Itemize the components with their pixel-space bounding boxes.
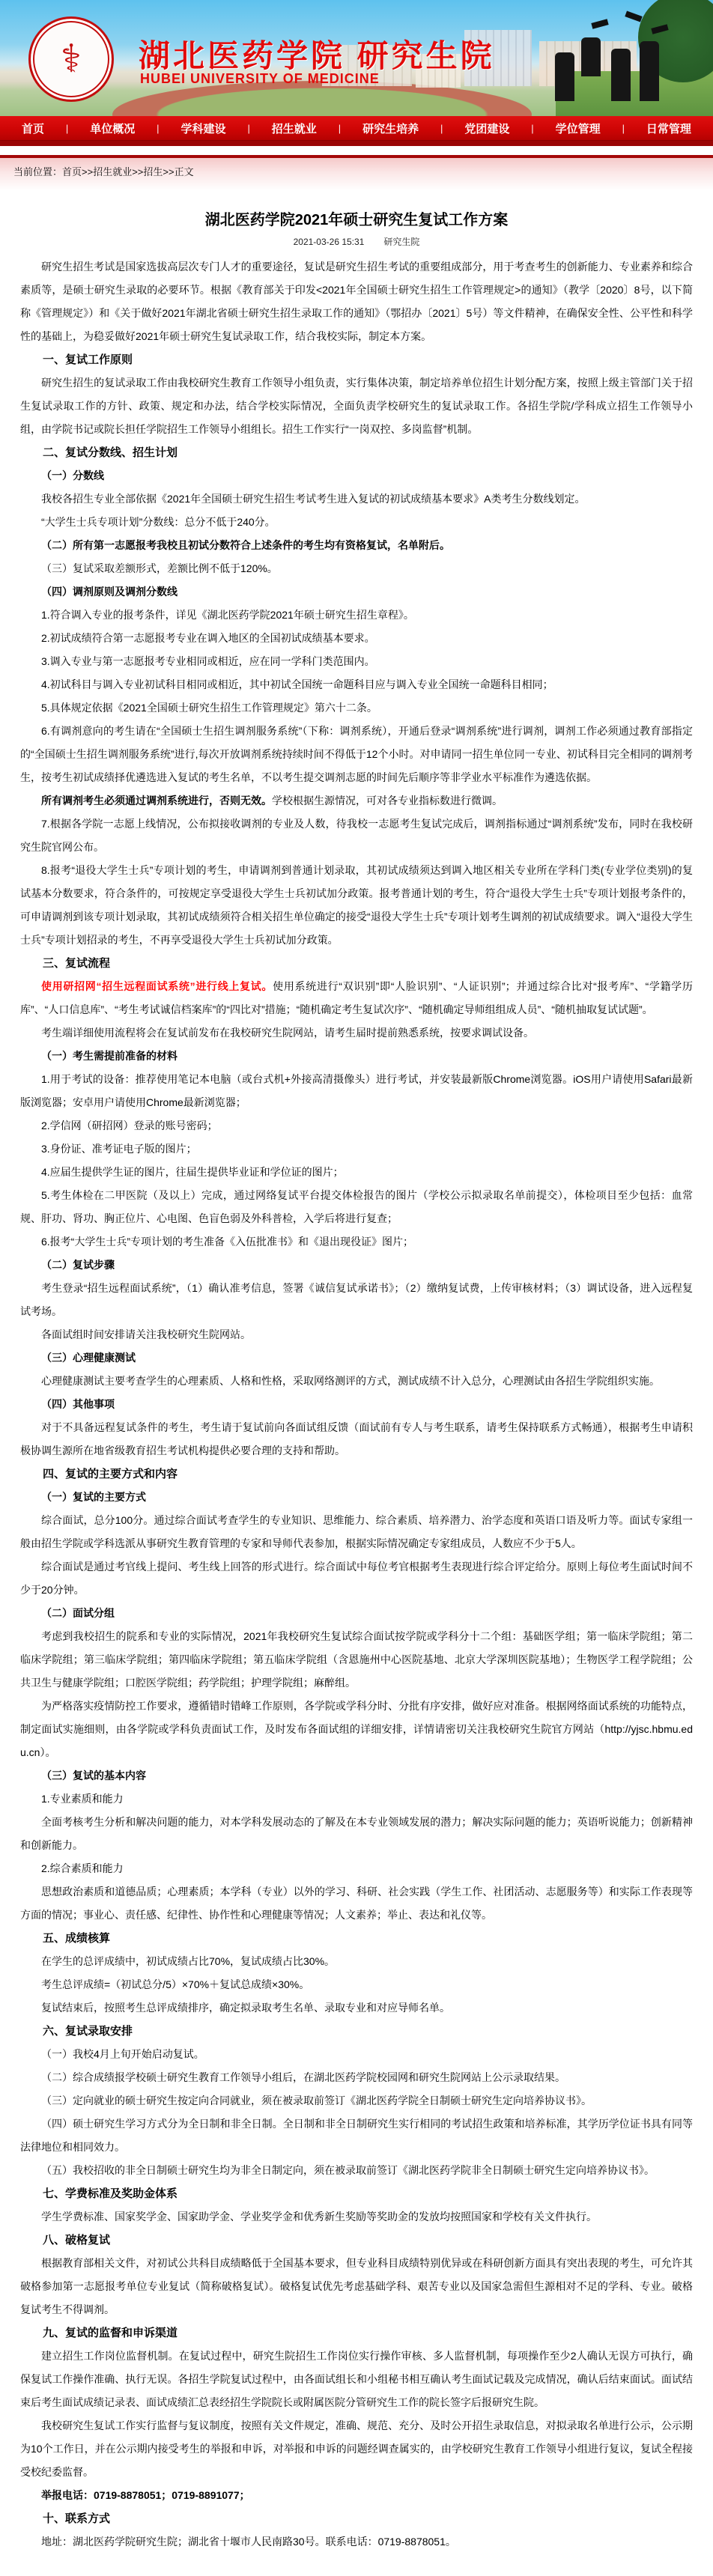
paragraph: 思想政治素质和道德品质；心理素质；本学科（专业）以外的学习、科研、社会实践（学生… xyxy=(20,1880,693,1927)
paragraph: 5.考生体检在二甲医院（及以上）完成，通过网络复试平台提交体检报告的图片（学校公… xyxy=(20,1184,693,1230)
section-heading: 四、复试的主要方式和内容 xyxy=(20,1462,693,1486)
paragraph: 4.初试科目与调入专业初试科目相同或相近，其中初试全国统一命题科目应与调入专业全… xyxy=(20,673,693,696)
sub-heading: （二）面试分组 xyxy=(20,1602,693,1625)
main-nav: 首页|单位概况|学科建设|招生就业|研究生培养|党团建设|学位管理|日常管理 xyxy=(0,116,713,141)
paragraph: 3.身份证、准考证电子版的图片； xyxy=(20,1137,693,1161)
page-title: 湖北医药学院2021年硕士研究生复试工作方案 xyxy=(20,201,693,234)
highlight-red-text: 使用研招网“招生远程面试系统”进行线上复试。 xyxy=(41,980,273,992)
nav-separator: | xyxy=(247,123,249,134)
section-heading: 一、复试工作原则 xyxy=(20,348,693,371)
paragraph: 6.报考“大学生士兵”专项计划的考生准备《入伍批准书》和《退出现役证》图片； xyxy=(20,1230,693,1254)
publish-source: 研究生院 xyxy=(383,237,419,247)
paragraph: 考虑到我校招生的院系和专业的实际情况，2021年我校研究生复试综合面试按学院或学… xyxy=(20,1625,693,1695)
nav-separator: | xyxy=(622,123,625,134)
sub-heading: （一）分数线 xyxy=(20,464,693,487)
paragraph: 地址：湖北医药学院研究生院；湖北省十堰市人民南路30号。联系电话：0719-88… xyxy=(20,2530,693,2554)
section-heading: 五、成绩核算 xyxy=(20,1927,693,1950)
paragraph: 复试结束后，按照考生总评成绩排序，确定拟录取考生名单、录取专业和对应导师名单。 xyxy=(20,1996,693,2020)
school-name-cn: 湖北医药学院 研究生院 xyxy=(139,31,495,76)
nav-item-4[interactable]: 招生就业 xyxy=(272,121,317,136)
banner-graduate-silhouette xyxy=(611,49,631,101)
banner-cap-decoration xyxy=(591,19,608,28)
section-heading: 六、复试录取安排 xyxy=(20,2020,693,2043)
publish-date: 2021-03-26 15:31 xyxy=(294,237,365,247)
paragraph: （四）硕士研究生学习方式分为全日制和非全日制。全日制和非全日制研究生实行相同的考… xyxy=(20,2112,693,2159)
article-meta: 2021-03-26 15:31研究生院 xyxy=(20,234,693,255)
section-heading: 二、复试分数线、招生计划 xyxy=(20,441,693,464)
paragraph: “大学生士兵专项计划”分数线：总分不低于240分。 xyxy=(20,511,693,534)
nav-item-2[interactable]: 单位概况 xyxy=(90,121,135,136)
nav-bottom-strip xyxy=(0,141,713,146)
banner-graduate-silhouette xyxy=(581,37,601,76)
paragraph: 7.根据各学院一志愿上线情况，公布拟接收调剂的专业及人数，待我校一志愿考生复试完… xyxy=(20,812,693,859)
paragraph: 各面试组时间安排请关注我校研究生院网站。 xyxy=(20,1323,693,1346)
paragraph: 考生总评成绩=（初试总分/5）×70%＋复试总成绩×30%。 xyxy=(20,1973,693,1996)
sub-heading: （四）调剂原则及调剂分数线 xyxy=(20,580,693,604)
paragraph: 研究生招生考试是国家选拔高层次专门人才的重要途径，复试是研究生招生考试的重要组成… xyxy=(20,255,693,348)
nav-separator: | xyxy=(531,123,533,134)
paragraph: 3.调入专业与第一志愿报考专业相同或相近，应在同一学科门类范围内。 xyxy=(20,650,693,673)
paragraph: 1.符合调入专业的报考条件，详见《湖北医药学院2021年硕士研究生招生章程》。 xyxy=(20,604,693,627)
paragraph: 2.学信网（研招网）登录的账号密码； xyxy=(20,1114,693,1137)
nav-item-6[interactable]: 党团建设 xyxy=(464,121,509,136)
paragraph: 在学生的总评成绩中，初试成绩占比70%，复试成绩占比30%。 xyxy=(20,1950,693,1973)
breadcrumb-label: 当前位置： xyxy=(13,166,62,177)
paragraph: 研究生招生的复试录取工作由我校研究生教育工作领导小组负责，实行集体决策，制定培养… xyxy=(20,371,693,441)
nav-separator: | xyxy=(440,123,443,134)
section-heading: 八、破格复试 xyxy=(20,2229,693,2252)
paragraph: 我校研究生复试工作实行监督与复议制度，按照有关文件规定，准确、规范、充分、及时公… xyxy=(20,2414,693,2484)
paragraph: 2.初试成绩符合第一志愿报考专业在调入地区的全国初试成绩基本要求。 xyxy=(20,627,693,650)
school-name-en: HUBEI UNIVERSITY OF MEDICINE xyxy=(140,71,380,87)
paragraph: 1.专业素质和能力 xyxy=(20,1787,693,1811)
paragraph: 对于不具备远程复试条件的考生，考生请于复试前向各面试组反馈（面试前有专人与考生联… xyxy=(20,1416,693,1462)
highlight-bold-text: 所有调剂考生必须通过调剂系统进行，否则无效。 xyxy=(41,795,272,806)
paragraph: 建立招生工作岗位监督机制。在复试过程中，研究生院招生工作岗位实行操作审核、多人监… xyxy=(20,2345,693,2414)
sub-heading: （二）复试步骤 xyxy=(20,1254,693,1277)
paragraph: 考生登录“招生远程面试系统”，（1）确认准考信息，签署《诚信复试承诺书》；（2）… xyxy=(20,1277,693,1323)
paragraph: 8.报考“退役大学生士兵”专项计划的考生，申请调剂到普通计划录取，其初试成绩须达… xyxy=(20,859,693,952)
paragraph: （五）我校招收的非全日制硕士研究生均为非全日制定向，须在被录取前签订《湖北医药学… xyxy=(20,2159,693,2182)
paragraph: （二）综合成绩报学校硕士研究生教育工作领导小组后，在湖北医药学院校园网和研究生院… xyxy=(20,2066,693,2089)
banner-graduate-silhouette xyxy=(555,52,574,101)
paragraph: （一）我校4月上旬开始启动复试。 xyxy=(20,2043,693,2066)
section-heading: 三、复试流程 xyxy=(20,952,693,975)
paragraph: 6.有调剂意向的考生请在“全国硕士生招生调剂服务系统”（下称：调剂系统），开通后… xyxy=(20,720,693,789)
article-body: 研究生招生考试是国家选拔高层次专门人才的重要途径，复试是研究生招生考试的重要组成… xyxy=(20,255,693,2554)
nav-item-1[interactable]: 首页 xyxy=(22,121,44,136)
nav-separator: | xyxy=(157,123,159,134)
section-heading: 十、联系方式 xyxy=(20,2507,693,2530)
banner-graduate-silhouette xyxy=(640,41,659,101)
paragraph: 2.综合素质和能力 xyxy=(20,1857,693,1880)
school-logo: ⚕ xyxy=(28,16,114,102)
sub-heading: 举报电话：0719-8878051；0719-8891077； xyxy=(20,2484,693,2507)
nav-item-5[interactable]: 研究生培养 xyxy=(362,121,419,136)
paragraph: 使用研招网“招生远程面试系统”进行线上复试。使用系统进行“双识别”即“人脸识别”… xyxy=(20,975,693,1021)
paragraph: 1.用于考试的设备：推荐使用笔记本电脑（或台式机+外接高清摄像头）进行考试，并安… xyxy=(20,1068,693,1114)
paragraph: 全面考核考生分析和解决问题的能力，对本学科发展动态的了解及在本专业领域发展的潜力… xyxy=(20,1811,693,1857)
nav-item-7[interactable]: 学位管理 xyxy=(556,121,601,136)
paragraph: 5.具体规定依据《2021全国硕士研究生招生工作管理规定》第六十二条。 xyxy=(20,696,693,720)
nav-separator: | xyxy=(339,123,341,134)
paragraph: （三）复试采取差额形式，差额比例不低于120%。 xyxy=(20,557,693,580)
nav-item-3[interactable]: 学科建设 xyxy=(181,121,226,136)
sub-heading: （四）其他事项 xyxy=(20,1393,693,1416)
paragraph: 我校各招生专业全部依据《2021年全国硕士研究生招生考试考生进入复试的初试成绩基… xyxy=(20,487,693,511)
sub-heading: （一）考生需提前准备的材料 xyxy=(20,1045,693,1068)
sub-heading: （一）复试的主要方式 xyxy=(20,1486,693,1509)
paragraph: 根据教育部相关文件，对初试公共科目成绩略低于全国基本要求，但专业科目成绩特别优异… xyxy=(20,2252,693,2321)
paragraph: 为严格落实疫情防控工作要求，遵循错时错峰工作原则，各学院或学科分时、分批有序安排… xyxy=(20,1695,693,1764)
paragraph: 4.应届生提供学生证的图片，往届生提供毕业证和学位证的图片； xyxy=(20,1161,693,1184)
breadcrumb[interactable]: 首页>>招生就业>>招生>>正文 xyxy=(62,166,194,177)
nav-item-8[interactable]: 日常管理 xyxy=(646,121,691,136)
paragraph: 综合面试，总分100分。通过综合面试考查学生的专业知识、思维能力、综合素质、培养… xyxy=(20,1509,693,1555)
divider-gap xyxy=(0,146,713,155)
article: 湖北医药学院2021年硕士研究生复试工作方案 2021-03-26 15:31研… xyxy=(0,191,713,2576)
sub-heading: （三）复试的基本内容 xyxy=(20,1764,693,1787)
paragraph: （三）定向就业的硕士研究生按定向合同就业，须在被录取前签订《湖北医药学院全日制硕… xyxy=(20,2089,693,2112)
breadcrumb-bar: 当前位置：首页>>招生就业>>招生>>正文 xyxy=(0,158,713,191)
paragraph: 综合面试是通过考官线上提问、考生线上回答的形式进行。综合面试中每位考官根据考生表… xyxy=(20,1555,693,1602)
section-heading: 七、学费标准及奖助金体系 xyxy=(20,2182,693,2205)
nav-separator: | xyxy=(66,123,68,134)
caduceus-icon: ⚕ xyxy=(61,40,82,79)
banner-cap-decoration xyxy=(625,10,642,22)
sub-heading: （三）心理健康测试 xyxy=(20,1346,693,1370)
section-heading: 九、复试的监督和申诉渠道 xyxy=(20,2321,693,2345)
header-banner: ⚕ 湖北医药学院 研究生院 HUBEI UNIVERSITY OF MEDICI… xyxy=(0,0,713,116)
paragraph: 心理健康测试主要考查学生的心理素质、人格和性格，采取网络测评的方式，测试成绩不计… xyxy=(20,1370,693,1393)
paragraph: 所有调剂考生必须通过调剂系统进行，否则无效。学校根据生源情况，可对各专业指标数进… xyxy=(20,789,693,812)
paragraph: 考生端详细使用流程将会在复试前发布在我校研究生院网站，请考生届时提前熟悉系统，按… xyxy=(20,1021,693,1045)
sub-heading: （二）所有第一志愿报考我校且初试分数符合上述条件的考生均有资格复试，名单附后。 xyxy=(20,534,693,557)
paragraph: 学生学费标准、国家奖学金、国家助学金、学业奖学金和优秀新生奖励等奖助金的发放均按… xyxy=(20,2205,693,2229)
